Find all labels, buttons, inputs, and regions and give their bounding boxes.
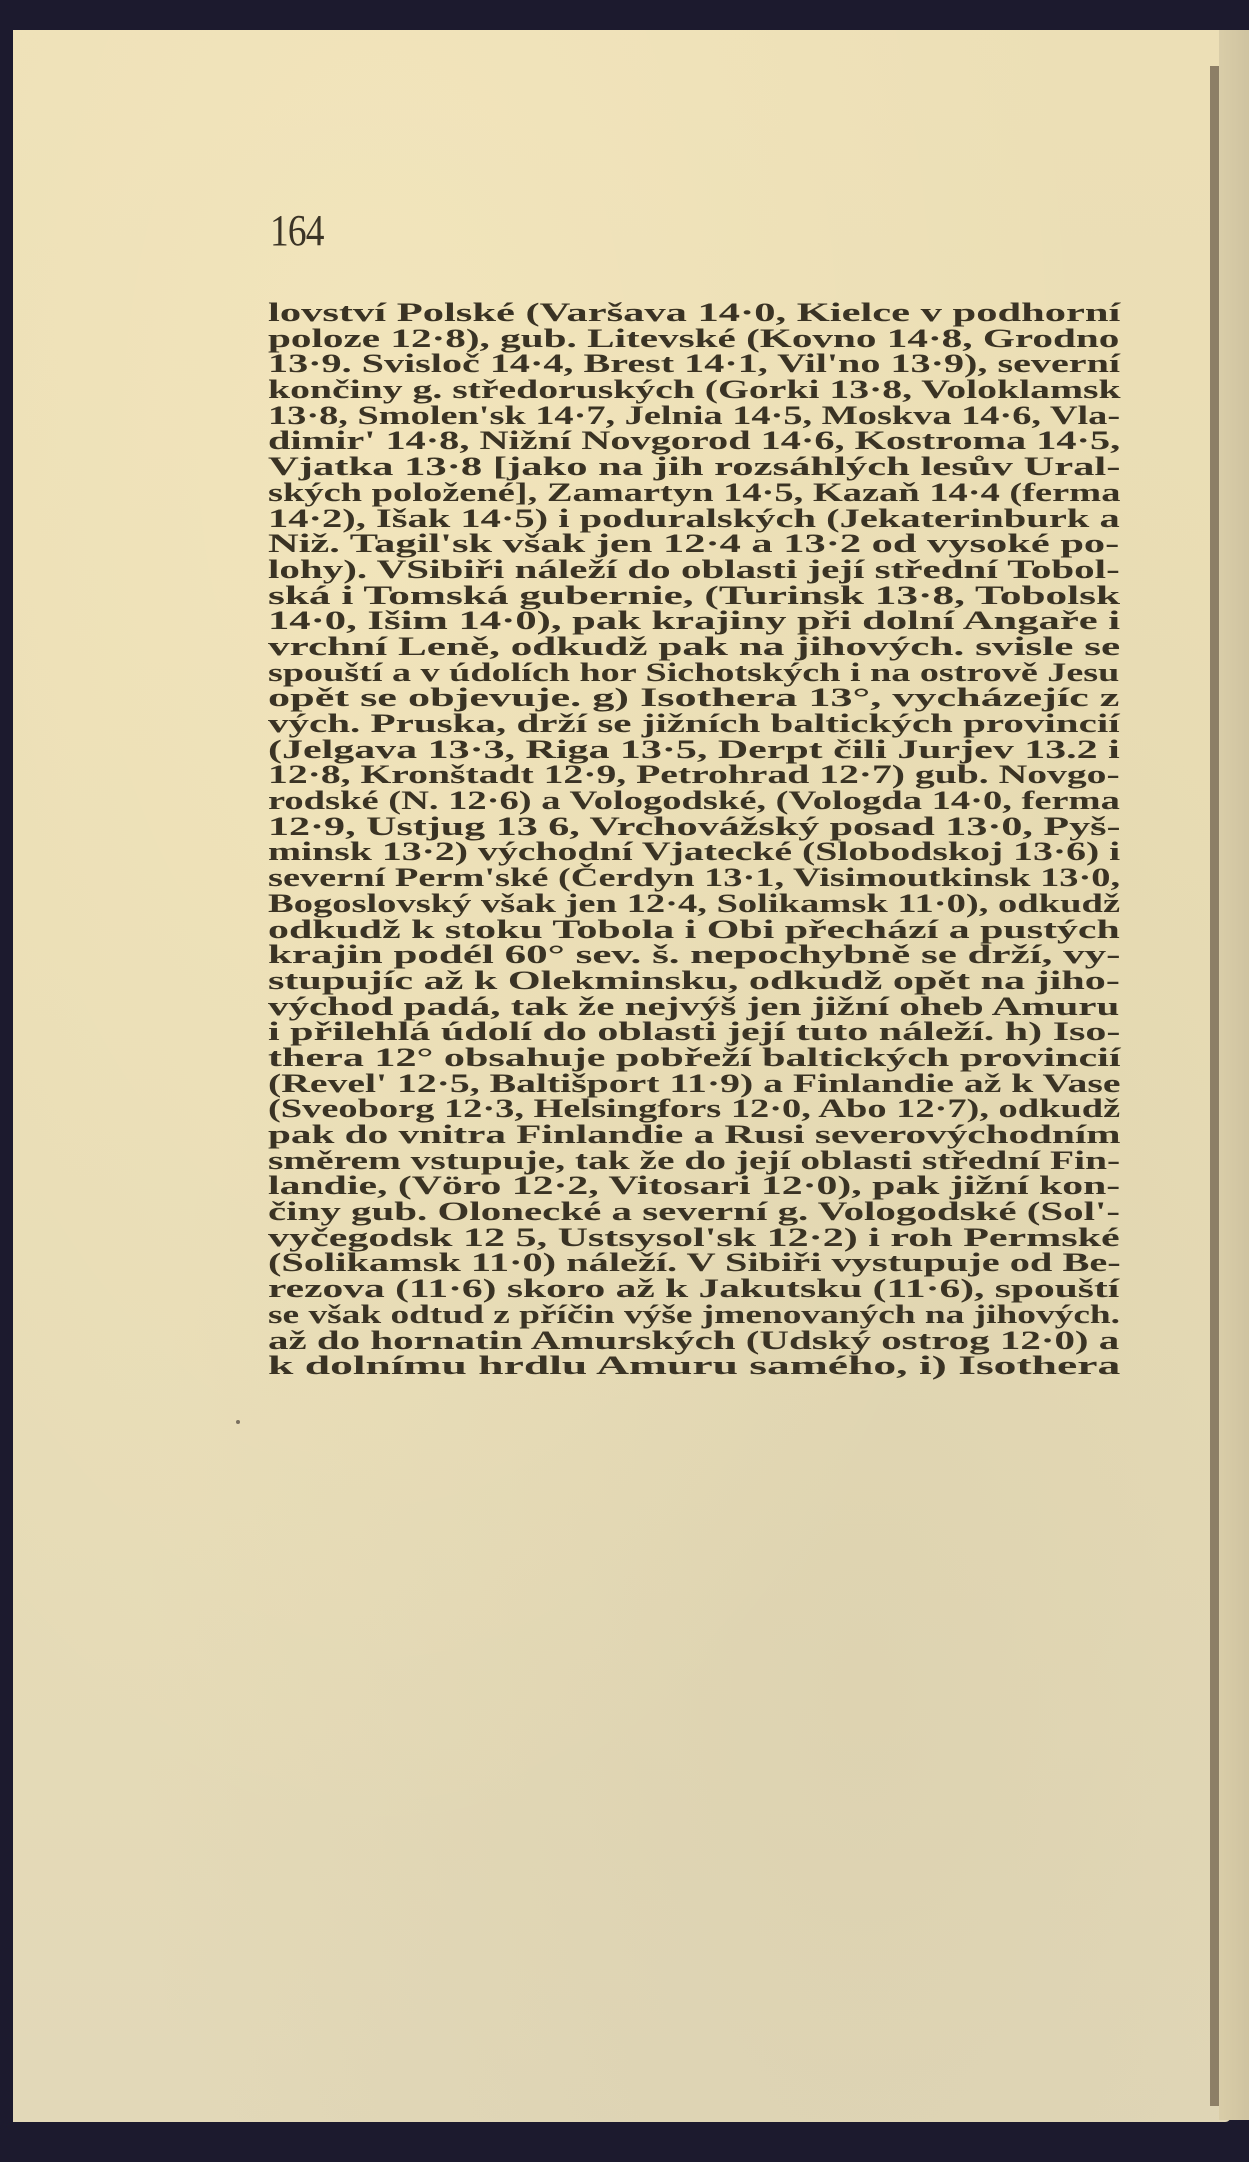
text-line-content: 14·0, Išim 14·0), pak krajiny při dolní …: [268, 608, 1120, 634]
text-line: ská i Tomská gubernie, (Turinsk 13·8, To…: [268, 583, 1120, 609]
text-line: spouští a v údolích hor Sichotských i na…: [268, 660, 1120, 686]
text-line: k dolnímu hrdlu Amuru samého, i) Isother…: [268, 1353, 1120, 1379]
book-gutter: [1210, 66, 1219, 2106]
text-line: lohy). VSibiři náleží do oblasti její st…: [268, 557, 1120, 583]
text-line: (Jelgava 13·3, Riga 13·5, Derpt čili Jur…: [268, 737, 1120, 763]
text-line-content: odkudž k stoku Tobola i Obi přechází a p…: [268, 917, 1120, 943]
text-line-content: dimir' 14·8, Nižní Novgorod 14·6, Kostro…: [268, 428, 1120, 454]
text-line-content: (Sveoborg 12·3, Helsingfors 12·0, Abo 12…: [268, 1096, 1120, 1122]
text-line-content: k dolnímu hrdlu Amuru samého, i) Isother…: [268, 1353, 1120, 1379]
text-line-content: 12·8, Kronštadt 12·9, Petrohrad 12·7) gu…: [268, 762, 1120, 788]
text-line: (Sveoborg 12·3, Helsingfors 12·0, Abo 12…: [268, 1096, 1120, 1122]
text-line: východ padá, tak že nejvýš jen jižní ohe…: [268, 994, 1120, 1020]
text-line-content: 14·2), Išak 14·5) i poduralských (Jekate…: [268, 506, 1120, 532]
text-line: vých. Pruska, drží se jižních baltických…: [268, 711, 1120, 737]
text-line: lovství Polské (Varšava 14·0, Kielce v p…: [268, 300, 1120, 326]
text-line-content: Niž. Tagil'sk však jen 12·4 a 13·2 od vy…: [268, 531, 1119, 557]
text-line: 13·9. Svisloč 14·4, Brest 14·1, Vil'no 1…: [268, 351, 1120, 377]
text-line: rezova (11·6) skoro až k Jakutsku (11·6)…: [268, 1276, 1120, 1302]
text-line-content: 13·9. Svisloč 14·4, Brest 14·1, Vil'no 1…: [268, 351, 1120, 377]
text-line-content: severní Perm'ské (Čerdyn 13·1, Visimoutk…: [268, 865, 1120, 891]
text-line: vrchní Leně, odkudž pak na jihových. svi…: [268, 634, 1120, 660]
text-line: končiny g. středoruských (Gorki 13·8, Vo…: [268, 377, 1120, 403]
text-line-content: minsk 13·2) východní Vjatecké (Slobodsko…: [268, 839, 1120, 865]
text-line: ských položené], Zamartyn 14·5, Kazaň 14…: [268, 480, 1120, 506]
text-line-content: opět se objevuje. g) Isothera 13°, vychá…: [268, 685, 1119, 711]
text-line: landie, (Vöro 12·2, Vitosari 12·0), pak …: [268, 1173, 1120, 1199]
page-number: 164: [270, 205, 324, 256]
text-line-content: Bogoslovský však jen 12·4, Solikamsk 11·…: [268, 891, 1120, 917]
text-line: minsk 13·2) východní Vjatecké (Slobodsko…: [268, 839, 1120, 865]
text-line: severní Perm'ské (Čerdyn 13·1, Visimoutk…: [268, 865, 1120, 891]
text-line: thera 12° obsahuje pobřeží baltických pr…: [268, 1045, 1120, 1071]
text-line: 14·2), Išak 14·5) i poduralských (Jekate…: [268, 506, 1120, 532]
text-line-content: (Revel' 12·5, Baltišport 11·9) a Finland…: [268, 1071, 1120, 1097]
text-line-content: rezova (11·6) skoro až k Jakutsku (11·6)…: [268, 1276, 1119, 1302]
text-line: 12·8, Kronštadt 12·9, Petrohrad 12·7) gu…: [268, 762, 1120, 788]
page-edge-right: [1219, 30, 1249, 2120]
text-line-content: 13·8, Smolen'sk 14·7, Jelnia 14·5, Moskv…: [268, 403, 1120, 429]
text-line-content: ská i Tomská gubernie, (Turinsk 13·8, To…: [268, 583, 1120, 609]
text-line-content: spouští a v údolích hor Sichotských i na…: [268, 660, 1119, 686]
text-line: krajin podél 60° sev. š. nepochybně se d…: [268, 942, 1120, 968]
text-line: stupujíc až k Olekminsku, odkudž opět na…: [268, 968, 1120, 994]
text-line-content: až do hornatin Amurských (Udský ostrog 1…: [268, 1328, 1119, 1354]
text-line-content: lovství Polské (Varšava 14·0, Kielce v p…: [268, 300, 1120, 326]
text-line-content: lohy). VSibiři náleží do oblasti její st…: [268, 557, 1120, 583]
text-line: poloze 12·8), gub. Litevské (Kovno 14·8,…: [268, 326, 1120, 352]
text-line: až do hornatin Amurských (Udský ostrog 1…: [268, 1328, 1120, 1354]
text-line: 14·0, Išim 14·0), pak krajiny při dolní …: [268, 608, 1120, 634]
text-line-content: krajin podél 60° sev. š. nepochybně se d…: [268, 942, 1120, 968]
text-line: pak do vnitra Finlandie a Rusi severovýc…: [268, 1122, 1120, 1148]
scanner-border-top: [13, 0, 1249, 30]
paper-speck: [236, 1420, 240, 1424]
text-line: 12·9, Ustjug 13 6, Vrchovážský posad 13·…: [268, 814, 1120, 840]
scan-frame: 164 lovství Polské (Varšava 14·0, Kielce…: [0, 0, 1249, 2162]
text-line-content: vrchní Leně, odkudž pak na jihových. svi…: [268, 634, 1120, 660]
text-line-content: ských položené], Zamartyn 14·5, Kazaň 14…: [268, 480, 1120, 506]
text-line: (Revel' 12·5, Baltišport 11·9) a Finland…: [268, 1071, 1120, 1097]
text-line-content: (Solikamsk 11·0) náleží. V Sibiři vystup…: [268, 1250, 1121, 1276]
text-line-content: činy gub. Olonecké a severní g. Vologods…: [268, 1199, 1120, 1225]
text-line: rodské (N. 12·6) a Vologodské, (Vologda …: [268, 788, 1120, 814]
text-line-content: vyčegodsk 12 5, Ustsysol'sk 12·2) i roh …: [268, 1225, 1120, 1251]
text-line: 13·8, Smolen'sk 14·7, Jelnia 14·5, Moskv…: [268, 403, 1120, 429]
text-line-content: thera 12° obsahuje pobřeží baltických pr…: [268, 1045, 1121, 1071]
text-line-content: východ padá, tak že nejvýš jen jižní ohe…: [268, 994, 1119, 1020]
text-line: činy gub. Olonecké a severní g. Vologods…: [268, 1199, 1120, 1225]
text-line: (Solikamsk 11·0) náleží. V Sibiři vystup…: [268, 1250, 1120, 1276]
text-line-content: 12·9, Ustjug 13 6, Vrchovážský posad 13·…: [268, 814, 1120, 840]
text-line-content: směrem vstupuje, tak že do její oblasti …: [268, 1148, 1120, 1174]
text-line: Bogoslovský však jen 12·4, Solikamsk 11·…: [268, 891, 1120, 917]
text-line: Vjatka 13·8 [jako na jih rozsáhlých lesů…: [268, 454, 1120, 480]
text-line: opět se objevuje. g) Isothera 13°, vychá…: [268, 685, 1120, 711]
text-line-content: končiny g. středoruských (Gorki 13·8, Vo…: [268, 377, 1121, 403]
text-line-content: landie, (Vöro 12·2, Vitosari 12·0), pak …: [268, 1173, 1120, 1199]
text-line: dimir' 14·8, Nižní Novgorod 14·6, Kostro…: [268, 428, 1120, 454]
body-text: lovství Polské (Varšava 14·0, Kielce v p…: [268, 300, 1120, 1379]
text-line-content: rodské (N. 12·6) a Vologodské, (Vologda …: [268, 788, 1120, 814]
text-line-content: stupujíc až k Olekminsku, odkudž opět na…: [268, 968, 1120, 994]
text-line: Niž. Tagil'sk však jen 12·4 a 13·2 od vy…: [268, 531, 1120, 557]
text-line-content: pak do vnitra Finlandie a Rusi severovýc…: [268, 1122, 1121, 1148]
text-line-content: vých. Pruska, drží se jižních baltických…: [268, 711, 1120, 737]
text-line-content: (Jelgava 13·3, Riga 13·5, Derpt čili Jur…: [268, 737, 1120, 763]
text-line: se však odtud z příčin výše jmenovaných …: [268, 1302, 1120, 1328]
text-line-content: Vjatka 13·8 [jako na jih rozsáhlých lesů…: [268, 454, 1120, 480]
text-line-content: i přilehlá údolí do oblasti její tuto ná…: [268, 1019, 1120, 1045]
text-line: vyčegodsk 12 5, Ustsysol'sk 12·2) i roh …: [268, 1225, 1120, 1251]
text-line-content: se však odtud z příčin výše jmenovaných …: [268, 1302, 1120, 1328]
text-line: odkudž k stoku Tobola i Obi přechází a p…: [268, 917, 1120, 943]
text-line: i přilehlá údolí do oblasti její tuto ná…: [268, 1019, 1120, 1045]
text-line-content: poloze 12·8), gub. Litevské (Kovno 14·8,…: [268, 326, 1119, 352]
text-line: směrem vstupuje, tak že do její oblasti …: [268, 1148, 1120, 1174]
